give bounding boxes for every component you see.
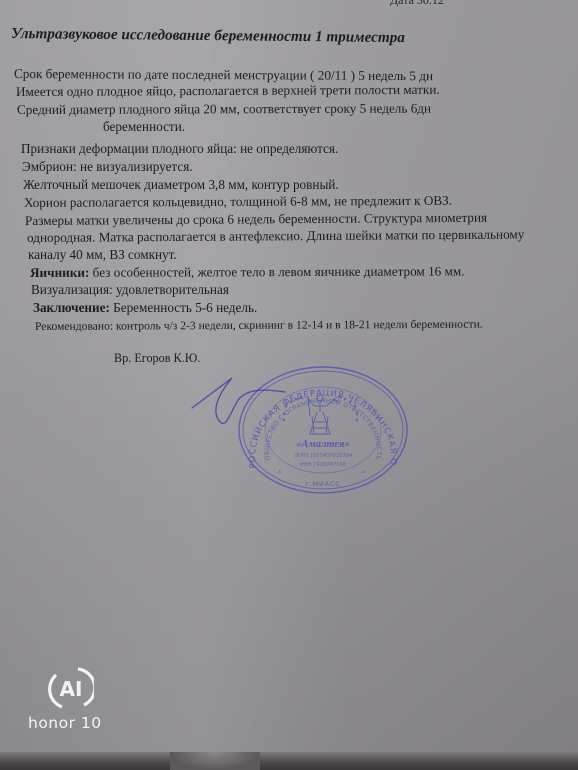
sac-deformation: Признаки деформации плодного яйца: не оп… — [21, 142, 338, 155]
sac-diameter-cont: беременности. — [103, 120, 185, 133]
stamp-city: г.МИАСС — [305, 480, 340, 488]
report-title: Ультразвуковое исследование беременности… — [11, 26, 405, 45]
doctor-name: Вр. Егоров К.Ю. — [114, 352, 200, 364]
ai-logo-icon: AI — [48, 665, 94, 711]
svg-text:*: * — [278, 469, 282, 477]
conclusion-line: Заключение: Беременность 5-6 недель. — [33, 301, 257, 314]
date-fragment: Дата 30.12 — [390, 0, 444, 6]
cervix-length: каналу 40 мм, ВЗ сомкнут. — [28, 248, 177, 261]
visualization-line: Визуализация: удовлетворительная — [31, 283, 229, 296]
chorion: Хорион располагается кольцевидно, толщин… — [24, 194, 452, 209]
background-surface — [0, 752, 578, 770]
ai-logo-text: AI — [60, 677, 83, 701]
gestational-age-lmp: Срок беременности по дате последней менс… — [14, 67, 433, 82]
fabric-fold — [170, 752, 260, 770]
uterus-size: Размеры матки увеличены до срока 6 недел… — [25, 211, 487, 227]
document-page: Дата 30.12 Ультразвуковое исследование б… — [0, 0, 578, 762]
phone-brand: honor 10 — [28, 714, 102, 732]
embryo: Эмбрион: не визуализируется. — [22, 160, 193, 173]
svg-text:*: * — [362, 469, 366, 477]
ovaries-label: Яичники: — [30, 265, 89, 280]
uterus-position: однородная. Матка располагается в антефл… — [27, 228, 524, 245]
ovaries-line: Яичники: без особенностей, желтое тело в… — [30, 264, 465, 279]
camera-watermark: AI honor 10 — [26, 663, 116, 743]
recommendation: Рекомендовано: контроль ч/з 2-3 недели, … — [35, 319, 483, 333]
stamp-name: «Амалтея» — [296, 439, 349, 450]
doctor-signature — [190, 370, 300, 430]
yolk-sac: Желточный мешочек диаметром 3,8 мм, конт… — [23, 178, 339, 191]
stamp-inn: ИНН 7415047168 — [300, 462, 346, 468]
stamp-ogrn: ОГРН 1057407035784 — [294, 453, 354, 459]
conclusion-label: Заключение: — [33, 300, 110, 315]
sac-diameter: Средний диаметр плодного яйца 20 мм, соо… — [17, 102, 431, 117]
conclusion-value: Беременность 5-6 недель. — [110, 300, 257, 315]
gestational-sac-count: Имеется одно плодное яйцо, располагается… — [16, 83, 440, 98]
ovaries-value: без особенностей, желтое тело в левом яи… — [89, 263, 464, 279]
